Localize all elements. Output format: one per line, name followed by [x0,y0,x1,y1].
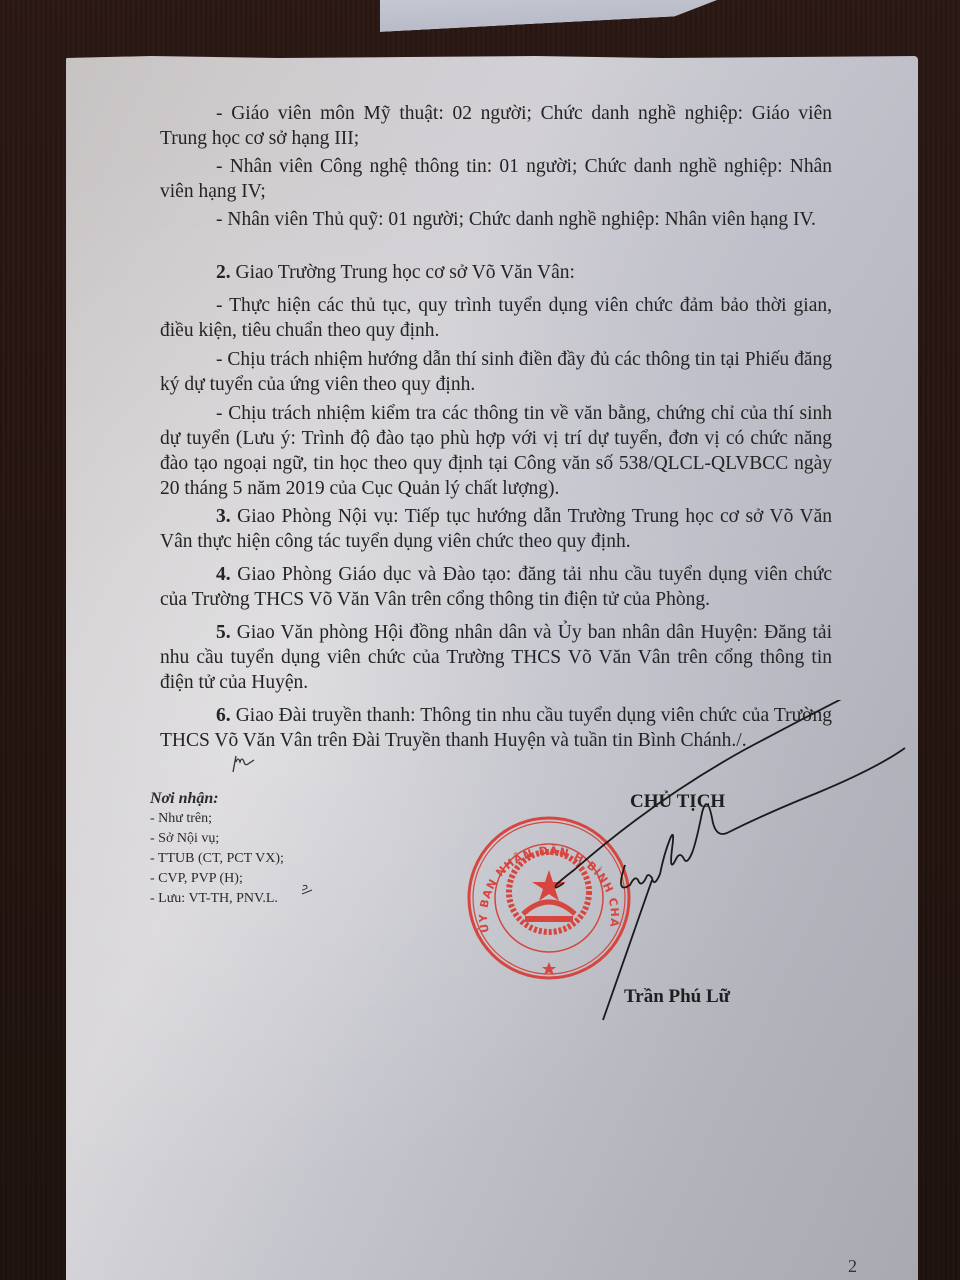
paragraph-it-staff: - Nhân viên Công nghệ thông tin: 01 ngườ… [160,154,832,204]
recipients-block: Nơi nhận: - Như trên; - Sở Nội vụ; - TTU… [150,789,284,909]
page-number: 2 [848,1256,857,1277]
recipient-item: - Như trên; [150,809,284,829]
paragraph-treasurer: - Nhân viên Thủ quỹ: 01 người; Chức danh… [160,207,832,232]
recipients-title: Nơi nhận: [150,789,284,809]
handwritten-initial-mark [230,752,260,774]
signer-name: Trần Phú Lữ [624,986,730,1008]
recipient-item: - TTUB (CT, PCT VX); [150,849,284,869]
handwritten-count-mark [300,883,314,897]
recipient-item: - Sở Nội vụ; [150,829,284,849]
paragraph-art-teacher: - Giáo viên môn Mỹ thuật: 02 người; Chức… [160,101,832,151]
handwritten-signature [530,700,930,1030]
section-3: 3. Giao Phòng Nội vụ: Tiếp tục hướng dẫn… [160,504,832,554]
paragraph-guidance: - Chịu trách nhiệm hướng dẫn thí sinh đi… [160,347,832,397]
section-2-heading: 2. Giao Trường Trung học cơ sở Võ Văn Vâ… [160,260,832,285]
section-5: 5. Giao Văn phòng Hội đồng nhân dân và Ủ… [160,620,832,695]
recipient-item: - Lưu: VT-TH, PNV.L. [150,889,284,909]
recipient-item: - CVP, PVP (H); [150,869,284,889]
paragraph-verification: - Chịu trách nhiệm kiểm tra các thông ti… [160,401,832,501]
section-4: 4. Giao Phòng Giáo dục và Đào tạo: đăng … [160,562,832,612]
paragraph-procedures: - Thực hiện các thủ tục, quy trình tuyển… [160,293,832,343]
